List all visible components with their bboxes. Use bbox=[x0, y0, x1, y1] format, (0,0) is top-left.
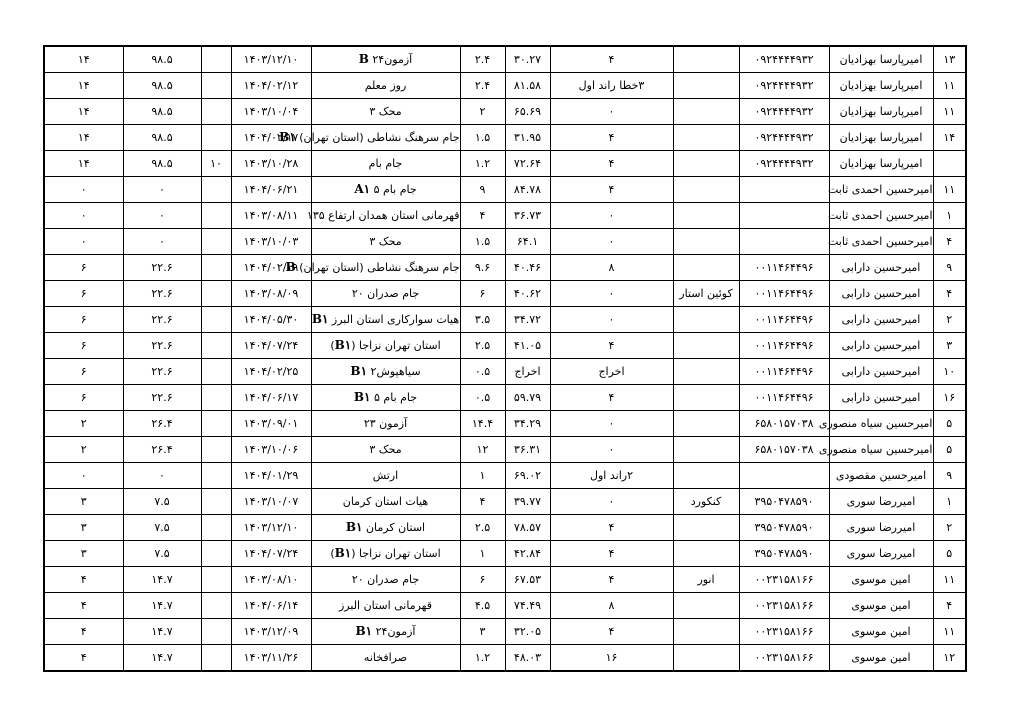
cell-event-name: جام صدران ۲۰ bbox=[311, 567, 460, 593]
cell-count: ۱۴ bbox=[44, 46, 123, 73]
cell-rider-name: امیرحسین دارابی bbox=[829, 281, 933, 307]
cell-count: ۰ bbox=[44, 203, 123, 229]
cell-horse-name bbox=[673, 463, 739, 489]
cell-aux-number bbox=[201, 567, 231, 593]
cell-date: ۱۴۰۳/۱۲/۱۰ bbox=[231, 46, 311, 73]
latin-class-marker: B۱ bbox=[312, 312, 329, 326]
cell-rider-name: امیرحسین احمدی ثابت bbox=[829, 203, 933, 229]
cell-phone-number: ۰۹۲۴۴۴۴۹۳۲ bbox=[739, 151, 829, 177]
cell-rider-name: امیرحسین احمدی ثابت bbox=[829, 177, 933, 203]
cell-row-number: ۹ bbox=[933, 255, 966, 281]
cell-phone-number: ۰۰۱۱۴۶۴۴۹۶ bbox=[739, 281, 829, 307]
cell-count: ۶ bbox=[44, 307, 123, 333]
cell-count: ۳ bbox=[44, 541, 123, 567]
cell-event-name: روز معلم bbox=[311, 73, 460, 99]
cell-time: ۱.۵ bbox=[460, 229, 505, 255]
cell-row-number: ۱۴ bbox=[933, 125, 966, 151]
cell-rider-name: امیررضا سوری bbox=[829, 515, 933, 541]
cell-aux-number bbox=[201, 307, 231, 333]
cell-phone-number: ۰۰۲۳۱۵۸۱۶۶ bbox=[739, 619, 829, 645]
cell-phone-number: ۰۰۱۱۴۶۴۴۹۶ bbox=[739, 333, 829, 359]
table-row: ۱۳امیرپارسا بهزادیان۰۹۲۴۴۴۴۹۳۲۴۳۰.۲۷۲.۴آ… bbox=[44, 46, 966, 73]
cell-penalty: ۰ bbox=[550, 437, 673, 463]
cell-time: ۰.۵ bbox=[460, 385, 505, 411]
cell-aux-number bbox=[201, 255, 231, 281]
table-row: ۴امیرحسین احمدی ثابت۰۶۴.۱۱.۵محک ۳۱۴۰۳/۱۰… bbox=[44, 229, 966, 255]
cell-time: ۳ bbox=[460, 619, 505, 645]
cell-count: ۰ bbox=[44, 463, 123, 489]
cell-score: ۳۹.۷۷ bbox=[505, 489, 550, 515]
cell-penalty: ۰ bbox=[550, 489, 673, 515]
cell-time: ۹ bbox=[460, 177, 505, 203]
cell-time: ۲.۵ bbox=[460, 515, 505, 541]
cell-row-number: ۱ bbox=[933, 203, 966, 229]
cell-rider-name: امیرپارسا بهزادیان bbox=[829, 99, 933, 125]
cell-penalty: ۴ bbox=[550, 125, 673, 151]
cell-score: ۴۸.۰۳ bbox=[505, 645, 550, 672]
cell-row-number: ۱۲ bbox=[933, 645, 966, 672]
cell-score: ۶۵.۶۹ bbox=[505, 99, 550, 125]
cell-phone-number bbox=[739, 203, 829, 229]
cell-phone-number bbox=[739, 177, 829, 203]
cell-score: ۸۱.۵۸ bbox=[505, 73, 550, 99]
table-row: ۵امیررضا سوری۳۹۵۰۴۷۸۵۹۰۴۴۲.۸۴۱استان تهرا… bbox=[44, 541, 966, 567]
cell-phone-number: ۰۰۱۱۴۶۴۴۹۶ bbox=[739, 255, 829, 281]
latin-class-marker: B bbox=[359, 52, 369, 66]
cell-horse-name bbox=[673, 645, 739, 672]
table-row: ۹امیرحسین مقصودی۲راند اول۶۹.۰۲۱ارتش۱۴۰۴/… bbox=[44, 463, 966, 489]
cell-rider-name: امیرحسین مقصودی bbox=[829, 463, 933, 489]
latin-class-marker: B۱ bbox=[335, 546, 352, 560]
cell-phone-number bbox=[739, 229, 829, 255]
latin-class-marker: B۱ bbox=[346, 520, 363, 534]
cell-row-number: ۱۱ bbox=[933, 177, 966, 203]
table-row: ۱۰امیرحسین دارابی۰۰۱۱۴۶۴۴۹۶اخراجاخراج۰.۵… bbox=[44, 359, 966, 385]
cell-phone-number: ۰۰۲۳۱۵۸۱۶۶ bbox=[739, 593, 829, 619]
cell-total-score: ۷.۵ bbox=[123, 489, 201, 515]
latin-class-marker: A۱ bbox=[354, 182, 370, 196]
cell-time: ۲.۴ bbox=[460, 73, 505, 99]
table-row: ۴امین موسوی۰۰۲۳۱۵۸۱۶۶۸۷۴.۴۹۴.۵قهرمانی اس… bbox=[44, 593, 966, 619]
cell-aux-number: ۱۰ bbox=[201, 151, 231, 177]
cell-penalty: ۰ bbox=[550, 307, 673, 333]
cell-rider-name: امیررضا سوری bbox=[829, 489, 933, 515]
cell-horse-name bbox=[673, 99, 739, 125]
cell-rider-name: امیرحسین دارابی bbox=[829, 255, 933, 281]
cell-total-score: ۲۲.۶ bbox=[123, 385, 201, 411]
cell-event-name: آزمون۲۴ B۱ bbox=[311, 619, 460, 645]
cell-row-number: ۱۱ bbox=[933, 619, 966, 645]
cell-event-name: هیات سوارکاری استان البرز B۱ bbox=[311, 307, 460, 333]
cell-score: ۳۶.۳۱ bbox=[505, 437, 550, 463]
cell-aux-number bbox=[201, 333, 231, 359]
cell-score: اخراج bbox=[505, 359, 550, 385]
cell-penalty: ۰ bbox=[550, 411, 673, 437]
cell-count: ۱۴ bbox=[44, 99, 123, 125]
cell-count: ۲ bbox=[44, 411, 123, 437]
cell-count: ۳ bbox=[44, 489, 123, 515]
cell-score: ۳۴.۲۹ bbox=[505, 411, 550, 437]
cell-date: ۱۴۰۴/۰۷/۲۴ bbox=[231, 541, 311, 567]
cell-count: ۴ bbox=[44, 593, 123, 619]
cell-phone-number: ۰۹۲۴۴۴۴۹۳۲ bbox=[739, 99, 829, 125]
cell-penalty: ۳خطا راند اول bbox=[550, 73, 673, 99]
cell-event-name: جام بام bbox=[311, 151, 460, 177]
cell-date: ۱۴۰۳/۰۸/۱۱ bbox=[231, 203, 311, 229]
cell-rider-name: امیرحسین دارابی bbox=[829, 385, 933, 411]
cell-aux-number bbox=[201, 645, 231, 672]
cell-horse-name bbox=[673, 593, 739, 619]
table-row: ۱۱امین موسوی۰۰۲۳۱۵۸۱۶۶انور۴۶۷.۵۳۶جام صدر… bbox=[44, 567, 966, 593]
cell-phone-number: ۰۰۱۱۴۶۴۴۹۶ bbox=[739, 359, 829, 385]
cell-date: ۱۴۰۴/۰۶/۱۴ bbox=[231, 593, 311, 619]
cell-penalty: ۴ bbox=[550, 46, 673, 73]
cell-row-number: ۱۰ bbox=[933, 359, 966, 385]
cell-aux-number bbox=[201, 489, 231, 515]
cell-phone-number: ۳۹۵۰۴۷۸۵۹۰ bbox=[739, 489, 829, 515]
latin-class-marker: B۱ bbox=[350, 364, 367, 378]
cell-score: ۴۰.۶۲ bbox=[505, 281, 550, 307]
cell-penalty: ۸ bbox=[550, 593, 673, 619]
cell-total-score: ۷.۵ bbox=[123, 515, 201, 541]
cell-row-number bbox=[933, 151, 966, 177]
cell-count: ۲ bbox=[44, 437, 123, 463]
table-row: ۲امیرحسین دارابی۰۰۱۱۴۶۴۴۹۶۰۳۴.۷۲۳.۵هیات … bbox=[44, 307, 966, 333]
cell-penalty: ۲راند اول bbox=[550, 463, 673, 489]
table-row: ۵امیرحسین سیاه منصوری۶۵۸۰۱۵۷۰۳۸۰۳۶.۳۱۱۲م… bbox=[44, 437, 966, 463]
cell-horse-name bbox=[673, 307, 739, 333]
cell-score: ۳۶.۷۳ bbox=[505, 203, 550, 229]
cell-total-score: ۱۴.۷ bbox=[123, 567, 201, 593]
cell-time: ۱ bbox=[460, 463, 505, 489]
cell-date: ۱۴۰۳/۱۰/۰۶ bbox=[231, 437, 311, 463]
cell-event-name: جام سرهنگ نشاطی (استان تهران) B bbox=[311, 255, 460, 281]
cell-date: ۱۴۰۳/۱۰/۲۸ bbox=[231, 151, 311, 177]
cell-score: ۸۴.۷۸ bbox=[505, 177, 550, 203]
cell-count: ۶ bbox=[44, 333, 123, 359]
cell-rider-name: امیرحسین دارابی bbox=[829, 359, 933, 385]
cell-horse-name bbox=[673, 255, 739, 281]
cell-horse-name bbox=[673, 333, 739, 359]
cell-penalty: ۴ bbox=[550, 567, 673, 593]
cell-aux-number bbox=[201, 619, 231, 645]
cell-event-name: محک ۳ bbox=[311, 437, 460, 463]
cell-horse-name bbox=[673, 203, 739, 229]
cell-horse-name: کوئین استار bbox=[673, 281, 739, 307]
cell-rider-name: امین موسوی bbox=[829, 645, 933, 672]
cell-total-score: ۹۸.۵ bbox=[123, 46, 201, 73]
cell-event-name: جام سرهنگ نشاطی (استان تهران) B۱ bbox=[311, 125, 460, 151]
cell-time: ۰.۵ bbox=[460, 359, 505, 385]
cell-phone-number: ۰۹۲۴۴۴۴۹۳۲ bbox=[739, 125, 829, 151]
cell-date: ۱۴۰۳/۱۱/۲۶ bbox=[231, 645, 311, 672]
cell-rider-name: امین موسوی bbox=[829, 593, 933, 619]
cell-horse-name bbox=[673, 125, 739, 151]
cell-date: ۱۴۰۴/۰۱/۲۹ bbox=[231, 463, 311, 489]
cell-penalty: ۴ bbox=[550, 541, 673, 567]
cell-count: ۱۴ bbox=[44, 73, 123, 99]
cell-aux-number bbox=[201, 515, 231, 541]
cell-count: ۳ bbox=[44, 515, 123, 541]
cell-time: ۴ bbox=[460, 489, 505, 515]
cell-event-name: جام بام ۵ B۱ bbox=[311, 385, 460, 411]
cell-event-name: قهرمانی استان همدان ارتفاع ۱۳۵ bbox=[311, 203, 460, 229]
cell-count: ۱۴ bbox=[44, 151, 123, 177]
cell-date: ۱۴۰۳/۱۲/۰۹ bbox=[231, 619, 311, 645]
cell-time: ۲.۵ bbox=[460, 333, 505, 359]
cell-aux-number bbox=[201, 203, 231, 229]
cell-score: ۴۰.۴۶ bbox=[505, 255, 550, 281]
cell-total-score: ۰ bbox=[123, 463, 201, 489]
cell-horse-name: انور bbox=[673, 567, 739, 593]
cell-event-name: جام بام ۵ A۱ bbox=[311, 177, 460, 203]
cell-row-number: ۱۶ bbox=[933, 385, 966, 411]
results-table-body: ۱۳امیرپارسا بهزادیان۰۹۲۴۴۴۴۹۳۲۴۳۰.۲۷۲.۴آ… bbox=[44, 46, 966, 671]
cell-row-number: ۱۱ bbox=[933, 99, 966, 125]
cell-time: ۱۴.۴ bbox=[460, 411, 505, 437]
cell-aux-number bbox=[201, 73, 231, 99]
cell-score: ۳۴.۷۲ bbox=[505, 307, 550, 333]
cell-score: ۷۲.۶۴ bbox=[505, 151, 550, 177]
cell-phone-number: ۶۵۸۰۱۵۷۰۳۸ bbox=[739, 411, 829, 437]
scanned-document-page: ۱۳امیرپارسا بهزادیان۰۹۲۴۴۴۴۹۳۲۴۳۰.۲۷۲.۴آ… bbox=[0, 0, 1024, 724]
cell-time: ۲ bbox=[460, 99, 505, 125]
cell-rider-name: امیرپارسا بهزادیان bbox=[829, 73, 933, 99]
cell-score: ۳۰.۲۷ bbox=[505, 46, 550, 73]
cell-score: ۶۴.۱ bbox=[505, 229, 550, 255]
cell-date: ۱۴۰۴/۰۶/۲۱ bbox=[231, 177, 311, 203]
cell-row-number: ۳ bbox=[933, 333, 966, 359]
results-table: ۱۳امیرپارسا بهزادیان۰۹۲۴۴۴۴۹۳۲۴۳۰.۲۷۲.۴آ… bbox=[43, 45, 967, 672]
cell-penalty: ۴ bbox=[550, 385, 673, 411]
latin-class-marker: B۱ bbox=[335, 338, 352, 352]
cell-row-number: ۹ bbox=[933, 463, 966, 489]
cell-phone-number: ۰۹۲۴۴۴۴۹۳۲ bbox=[739, 73, 829, 99]
cell-total-score: ۲۲.۶ bbox=[123, 281, 201, 307]
cell-horse-name bbox=[673, 541, 739, 567]
cell-horse-name bbox=[673, 151, 739, 177]
cell-rider-name: امیرحسین احمدی ثابت bbox=[829, 229, 933, 255]
cell-time: ۱ bbox=[460, 541, 505, 567]
cell-score: ۷۸.۵۷ bbox=[505, 515, 550, 541]
table-row: ۳امیرحسین دارابی۰۰۱۱۴۶۴۴۹۶۴۴۱.۰۵۲.۵استان… bbox=[44, 333, 966, 359]
cell-rider-name: امیرپارسا بهزادیان bbox=[829, 125, 933, 151]
cell-penalty: ۴ bbox=[550, 619, 673, 645]
cell-phone-number: ۶۵۸۰۱۵۷۰۳۸ bbox=[739, 437, 829, 463]
cell-time: ۱.۲ bbox=[460, 151, 505, 177]
cell-rider-name: امیرحسین سیاه منصوری bbox=[829, 437, 933, 463]
cell-event-name: محک ۳ bbox=[311, 229, 460, 255]
cell-event-name: آزمون ۲۳ bbox=[311, 411, 460, 437]
cell-penalty: ۰ bbox=[550, 99, 673, 125]
cell-event-name: سیاهپوش۲ B۱ bbox=[311, 359, 460, 385]
cell-score: ۶۷.۵۳ bbox=[505, 567, 550, 593]
cell-aux-number bbox=[201, 125, 231, 151]
cell-count: ۱۴ bbox=[44, 125, 123, 151]
cell-count: ۰ bbox=[44, 229, 123, 255]
cell-penalty: اخراج bbox=[550, 359, 673, 385]
cell-phone-number: ۳۹۵۰۴۷۸۵۹۰ bbox=[739, 515, 829, 541]
cell-total-score: ۲۲.۶ bbox=[123, 333, 201, 359]
cell-row-number: ۴ bbox=[933, 229, 966, 255]
cell-count: ۶ bbox=[44, 281, 123, 307]
cell-row-number: ۵ bbox=[933, 411, 966, 437]
cell-horse-name bbox=[673, 385, 739, 411]
cell-score: ۴۲.۸۴ bbox=[505, 541, 550, 567]
cell-total-score: ۹۸.۵ bbox=[123, 99, 201, 125]
cell-row-number: ۱ bbox=[933, 489, 966, 515]
table-row: ۱امیررضا سوری۳۹۵۰۴۷۸۵۹۰کنکورد۰۳۹.۷۷۴هیات… bbox=[44, 489, 966, 515]
table-row: ۹امیرحسین دارابی۰۰۱۱۴۶۴۴۹۶۸۴۰.۴۶۹.۶جام س… bbox=[44, 255, 966, 281]
cell-time: ۹.۶ bbox=[460, 255, 505, 281]
cell-count: ۶ bbox=[44, 359, 123, 385]
cell-time: ۴.۵ bbox=[460, 593, 505, 619]
cell-total-score: ۰ bbox=[123, 177, 201, 203]
table-row: ۱۲امین موسوی۰۰۲۳۱۵۸۱۶۶۱۶۴۸.۰۳۱.۲صرافخانه… bbox=[44, 645, 966, 672]
cell-rider-name: امیرپارسا بهزادیان bbox=[829, 151, 933, 177]
cell-event-name: قهرمانی استان البرز bbox=[311, 593, 460, 619]
table-row: ۱۱امیرحسین احمدی ثابت۴۸۴.۷۸۹جام بام ۵ A۱… bbox=[44, 177, 966, 203]
cell-count: ۴ bbox=[44, 567, 123, 593]
table-row: ۴امیرحسین دارابی۰۰۱۱۴۶۴۴۹۶کوئین استار۰۴۰… bbox=[44, 281, 966, 307]
table-row: ۱۱امیرپارسا بهزادیان۰۹۲۴۴۴۴۹۳۲۰۶۵.۶۹۲محک… bbox=[44, 99, 966, 125]
cell-horse-name bbox=[673, 229, 739, 255]
cell-aux-number bbox=[201, 46, 231, 73]
cell-total-score: ۰ bbox=[123, 229, 201, 255]
cell-total-score: ۲۲.۶ bbox=[123, 307, 201, 333]
cell-aux-number bbox=[201, 359, 231, 385]
cell-row-number: ۴ bbox=[933, 281, 966, 307]
cell-phone-number: ۰۹۲۴۴۴۴۹۳۲ bbox=[739, 46, 829, 73]
cell-phone-number: ۰۰۱۱۴۶۴۴۹۶ bbox=[739, 307, 829, 333]
cell-date: ۱۴۰۴/۰۲/۱۲ bbox=[231, 73, 311, 99]
cell-row-number: ۵ bbox=[933, 437, 966, 463]
cell-horse-name bbox=[673, 177, 739, 203]
cell-time: ۱۲ bbox=[460, 437, 505, 463]
cell-penalty: ۰ bbox=[550, 203, 673, 229]
cell-penalty: ۰ bbox=[550, 281, 673, 307]
cell-horse-name bbox=[673, 437, 739, 463]
cell-count: ۴ bbox=[44, 619, 123, 645]
cell-total-score: ۲۶.۴ bbox=[123, 411, 201, 437]
cell-aux-number bbox=[201, 229, 231, 255]
cell-aux-number bbox=[201, 385, 231, 411]
cell-time: ۱.۵ bbox=[460, 125, 505, 151]
cell-rider-name: امیرحسین سیاه منصوری bbox=[829, 411, 933, 437]
cell-aux-number bbox=[201, 281, 231, 307]
cell-total-score: ۰ bbox=[123, 203, 201, 229]
cell-row-number: ۲ bbox=[933, 307, 966, 333]
cell-event-name: هیات استان کرمان bbox=[311, 489, 460, 515]
cell-horse-name bbox=[673, 515, 739, 541]
latin-class-marker: B۱ bbox=[354, 390, 371, 404]
cell-row-number: ۱۳ bbox=[933, 46, 966, 73]
cell-total-score: ۱۴.۷ bbox=[123, 619, 201, 645]
table-row: ۱۶امیرحسین دارابی۰۰۱۱۴۶۴۴۹۶۴۵۹.۷۹۰.۵جام … bbox=[44, 385, 966, 411]
cell-count: ۶ bbox=[44, 385, 123, 411]
cell-penalty: ۱۶ bbox=[550, 645, 673, 672]
table-row: ۱۱امین موسوی۰۰۲۳۱۵۸۱۶۶۴۳۲.۰۵۳آزمون۲۴ B۱۱… bbox=[44, 619, 966, 645]
cell-aux-number bbox=[201, 177, 231, 203]
cell-penalty: ۴ bbox=[550, 177, 673, 203]
cell-horse-name bbox=[673, 46, 739, 73]
cell-time: ۳.۵ bbox=[460, 307, 505, 333]
cell-total-score: ۹۸.۵ bbox=[123, 73, 201, 99]
cell-aux-number bbox=[201, 99, 231, 125]
cell-count: ۶ bbox=[44, 255, 123, 281]
cell-time: ۱.۲ bbox=[460, 645, 505, 672]
cell-penalty: ۴ bbox=[550, 151, 673, 177]
cell-score: ۵۹.۷۹ bbox=[505, 385, 550, 411]
cell-time: ۴ bbox=[460, 203, 505, 229]
cell-penalty: ۴ bbox=[550, 515, 673, 541]
cell-event-name: استان کرمان B۱ bbox=[311, 515, 460, 541]
cell-date: ۱۴۰۳/۱۰/۰۴ bbox=[231, 99, 311, 125]
cell-horse-name bbox=[673, 359, 739, 385]
cell-rider-name: امیرپارسا بهزادیان bbox=[829, 46, 933, 73]
cell-horse-name bbox=[673, 411, 739, 437]
cell-total-score: ۱۴.۷ bbox=[123, 593, 201, 619]
cell-total-score: ۲۶.۴ bbox=[123, 437, 201, 463]
cell-date: ۱۴۰۴/۰۶/۱۷ bbox=[231, 385, 311, 411]
cell-event-name: استان تهران نزاجا (B۱) bbox=[311, 333, 460, 359]
table-row: ۵امیرحسین سیاه منصوری۶۵۸۰۱۵۷۰۳۸۰۳۴.۲۹۱۴.… bbox=[44, 411, 966, 437]
cell-total-score: ۱۴.۷ bbox=[123, 645, 201, 672]
cell-aux-number bbox=[201, 411, 231, 437]
cell-penalty: ۸ bbox=[550, 255, 673, 281]
cell-row-number: ۴ bbox=[933, 593, 966, 619]
cell-score: ۳۱.۹۵ bbox=[505, 125, 550, 151]
cell-phone-number: ۰۰۱۱۴۶۴۴۹۶ bbox=[739, 385, 829, 411]
table-row: امیرپارسا بهزادیان۰۹۲۴۴۴۴۹۳۲۴۷۲.۶۴۱.۲جام… bbox=[44, 151, 966, 177]
cell-row-number: ۱۱ bbox=[933, 567, 966, 593]
latin-class-marker: B۱ bbox=[356, 624, 373, 638]
cell-rider-name: امیرحسین دارابی bbox=[829, 307, 933, 333]
cell-time: ۶ bbox=[460, 567, 505, 593]
table-row: ۱۴امیرپارسا بهزادیان۰۹۲۴۴۴۴۹۳۲۴۳۱.۹۵۱.۵ج… bbox=[44, 125, 966, 151]
cell-horse-name bbox=[673, 73, 739, 99]
cell-aux-number bbox=[201, 437, 231, 463]
cell-aux-number bbox=[201, 463, 231, 489]
cell-rider-name: امیررضا سوری bbox=[829, 541, 933, 567]
cell-event-name: آزمون۲۴ B bbox=[311, 46, 460, 73]
cell-horse-name: کنکورد bbox=[673, 489, 739, 515]
cell-date: ۱۴۰۳/۱۰/۰۷ bbox=[231, 489, 311, 515]
cell-score: ۶۹.۰۲ bbox=[505, 463, 550, 489]
cell-total-score: ۲۲.۶ bbox=[123, 255, 201, 281]
cell-count: ۰ bbox=[44, 177, 123, 203]
cell-phone-number bbox=[739, 463, 829, 489]
cell-rider-name: امین موسوی bbox=[829, 619, 933, 645]
cell-aux-number bbox=[201, 593, 231, 619]
cell-total-score: ۲۲.۶ bbox=[123, 359, 201, 385]
cell-time: ۲.۴ bbox=[460, 46, 505, 73]
cell-date: ۱۴۰۳/۱۲/۱۰ bbox=[231, 515, 311, 541]
cell-rider-name: امین موسوی bbox=[829, 567, 933, 593]
cell-score: ۷۴.۴۹ bbox=[505, 593, 550, 619]
cell-rider-name: امیرحسین دارابی bbox=[829, 333, 933, 359]
cell-event-name: استان تهران نزاجا (B۱) bbox=[311, 541, 460, 567]
cell-time: ۶ bbox=[460, 281, 505, 307]
cell-date: ۱۴۰۳/۱۰/۰۳ bbox=[231, 229, 311, 255]
cell-phone-number: ۰۰۲۳۱۵۸۱۶۶ bbox=[739, 567, 829, 593]
cell-aux-number bbox=[201, 541, 231, 567]
table-row: ۲امیررضا سوری۳۹۵۰۴۷۸۵۹۰۴۷۸.۵۷۲.۵استان کر… bbox=[44, 515, 966, 541]
cell-phone-number: ۳۹۵۰۴۷۸۵۹۰ bbox=[739, 541, 829, 567]
cell-score: ۳۲.۰۵ bbox=[505, 619, 550, 645]
cell-penalty: ۴ bbox=[550, 333, 673, 359]
cell-date: ۱۴۰۳/۰۸/۰۹ bbox=[231, 281, 311, 307]
